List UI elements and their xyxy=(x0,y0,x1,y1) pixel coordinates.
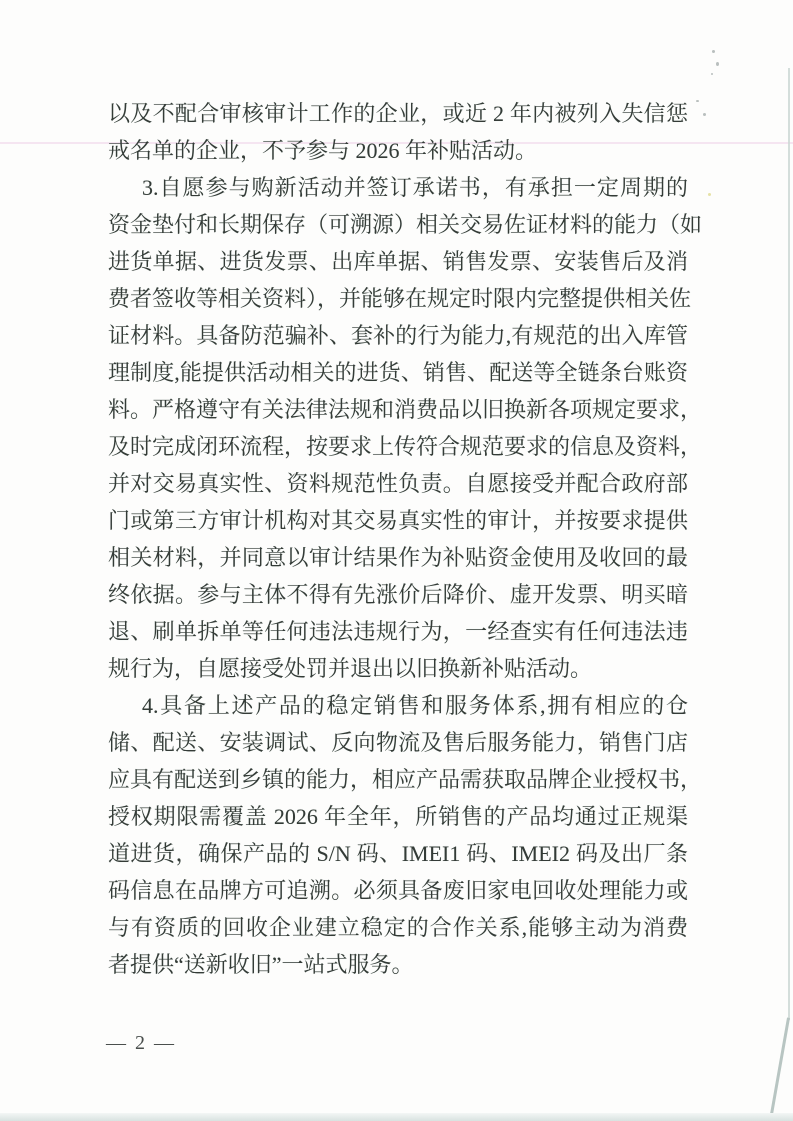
scan-speck xyxy=(712,50,715,53)
text-line: 4.具备上述产品的稳定销售和服务体系,拥有相应的仓 xyxy=(108,687,688,724)
text-line: 以及不配合审核审计工作的企业，或近 2 年内被列入失信惩 xyxy=(108,95,688,132)
text-line: 与有资质的回收企业建立稳定的合作关系,能够主动为消费 xyxy=(108,909,688,946)
text-line: 规行为，自愿接受处罚并退出以旧换新补贴活动。 xyxy=(108,650,688,687)
text-line: 相关材料，并同意以审计结果作为补贴资金使用及收回的最 xyxy=(108,539,688,576)
scan-speck xyxy=(716,62,719,66)
text-line: 道进货，确保产品的 S/N 码、IMEI1 码、IMEI2 码及出厂条 xyxy=(108,835,688,872)
scan-artifact-page-edge-diagonal xyxy=(769,1017,790,1121)
text-line: 码信息在品牌方可追溯。必须具备废旧家电回收处理能力或 xyxy=(108,872,688,909)
text-line: 及时完成闭环流程，按要求上传符合规范要求的信息及资料， xyxy=(108,428,688,465)
scan-speck xyxy=(703,113,706,116)
page-number: — 2 — xyxy=(106,1032,176,1055)
scan-speck xyxy=(696,100,699,102)
text-line: 费者签收等相关资料），并能够在规定时限内完整提供相关佐 xyxy=(108,280,688,317)
text-line: 退、刷单拆单等任何违法违规行为，一经查实有任何违法违 xyxy=(108,613,688,650)
text-line: 储、配送、安装调试、反向物流及售后服务能力，销售门店 xyxy=(108,724,688,761)
text-line: 3.自愿参与购新活动并签订承诺书，有承担一定周期的 xyxy=(108,169,688,206)
text-line: 者提供“送新收旧”一站式服务。 xyxy=(108,946,688,983)
scan-artifact-bottom-shadow xyxy=(0,1113,793,1121)
text-line: 理制度,能提供活动相关的进货、销售、配送等全链条台账资 xyxy=(108,354,688,391)
text-line: 料。严格遵守有关法律法规和消费品以旧换新各项规定要求， xyxy=(108,391,688,428)
text-line: 授权期限需覆盖 2026 年全年，所销售的产品均通过正规渠 xyxy=(108,798,688,835)
text-line: 终依据。参与主体不得有先涨价后降价、虚开发票、明买暗 xyxy=(108,576,688,613)
text-line: 进货单据、进货发票、出库单据、销售发票、安装售后及消 xyxy=(108,243,688,280)
text-line: 门或第三方审计机构对其交易真实性的审计，并按要求提供 xyxy=(108,502,688,539)
text-line: 戒名单的企业，不予参与 2026 年补贴活动。 xyxy=(108,132,688,169)
body-text: 以及不配合审核审计工作的企业，或近 2 年内被列入失信惩 戒名单的企业，不予参与… xyxy=(108,95,688,983)
scan-speck xyxy=(711,73,713,75)
scan-speck xyxy=(708,193,711,196)
text-line: 证材料。具备防范骗补、套补的行为能力,有规范的出入库管 xyxy=(108,317,688,354)
text-line: 资金垫付和长期保存（可溯源）相关交易佐证材料的能力（如 xyxy=(108,206,688,243)
text-line: 应具有配送到乡镇的能力，相应产品需获取品牌企业授权书， xyxy=(108,761,688,798)
scan-artifact-page-edge-line xyxy=(788,68,790,1020)
scanned-document-page: 以及不配合审核审计工作的企业，或近 2 年内被列入失信惩 戒名单的企业，不予参与… xyxy=(0,0,793,1121)
text-line: 并对交易真实性、资料规范性负责。自愿接受并配合政府部 xyxy=(108,465,688,502)
